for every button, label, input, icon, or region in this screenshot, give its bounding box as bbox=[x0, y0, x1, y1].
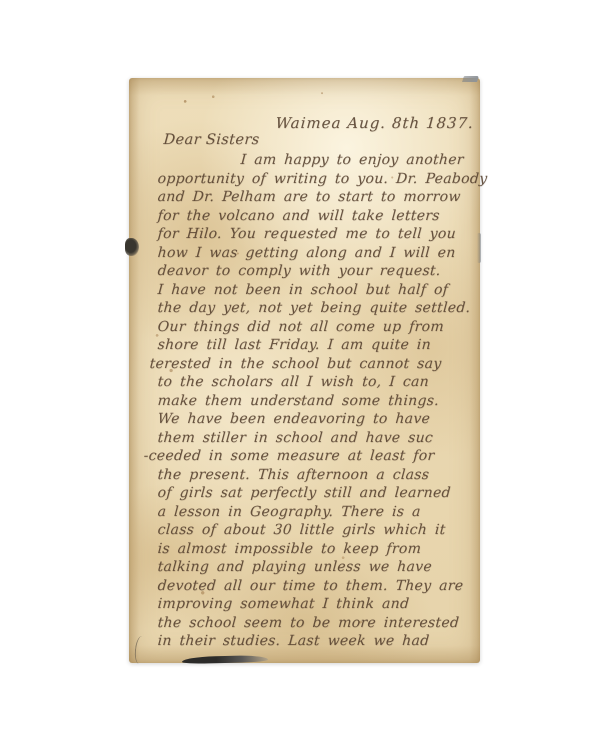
letter-line: I have not been in school but half of bbox=[157, 281, 479, 300]
letter-line: the day yet, not yet being quite settled… bbox=[157, 299, 479, 318]
letter-line: shore till last Friday. I am quite in bbox=[157, 336, 479, 355]
letter-line: of girls sat perfectly still and learned bbox=[157, 484, 479, 503]
letter-line: make them understand some things. bbox=[157, 392, 479, 411]
letter-line: terested in the school but cannot say bbox=[149, 355, 479, 374]
letter-line: for the volcano and will take letters bbox=[157, 207, 479, 226]
letter-line: -ceeded in some measure at least for bbox=[143, 447, 479, 466]
ink-blot-left-edge bbox=[125, 238, 139, 256]
dateline: Waimea Aug. 8th 1837. bbox=[275, 114, 475, 132]
letter-line: deavor to comply with your request. bbox=[157, 262, 479, 281]
letter-line: a lesson in Geography. There is a bbox=[157, 503, 479, 522]
letter-line: Our things did not all come up from bbox=[157, 318, 479, 337]
tape-notch-top-right bbox=[462, 76, 479, 82]
shadow-right-edge bbox=[477, 233, 481, 263]
letter-line: and Dr. Pelham are to start to morrow bbox=[157, 188, 479, 207]
letter-line: talking and playing unless we have bbox=[157, 558, 479, 577]
letter-paper: Waimea Aug. 8th 1837. Dear Sisters I am … bbox=[129, 78, 480, 663]
salutation: Dear Sisters bbox=[163, 132, 260, 148]
scan-canvas: Waimea Aug. 8th 1837. Dear Sisters I am … bbox=[0, 0, 607, 741]
letter-line: opportunity of writing to you. Dr. Peabo… bbox=[157, 170, 479, 189]
letter-line: improving somewhat I think and bbox=[157, 595, 479, 614]
letter-line: We have been endeavoring to have bbox=[157, 410, 479, 429]
letter-line: in their studies. Last week we had bbox=[157, 632, 479, 651]
letter-line: them stiller in school and have suc bbox=[157, 429, 479, 448]
letter-line: to the scholars all I wish to, I can bbox=[157, 373, 479, 392]
letter-line: I am happy to enjoy another bbox=[240, 151, 479, 170]
letter-line: devoted all our time to them. They are bbox=[157, 577, 479, 596]
pencil-stroke-bottom-left bbox=[134, 636, 148, 665]
seal-smudge-bottom bbox=[182, 655, 268, 664]
letter-line: the school seem to be more interested bbox=[157, 614, 479, 633]
letter-line: how I was getting along and I will en bbox=[157, 244, 479, 263]
letter-body: I am happy to enjoy another opportunity … bbox=[157, 151, 478, 651]
letter-line: for Hilo. You requested me to tell you bbox=[157, 225, 479, 244]
letter-line: is almost impossible to keep from bbox=[157, 540, 479, 559]
letter-line: the present. This afternoon a class bbox=[157, 466, 479, 485]
letter-line: class of about 30 little girls which it bbox=[157, 521, 479, 540]
